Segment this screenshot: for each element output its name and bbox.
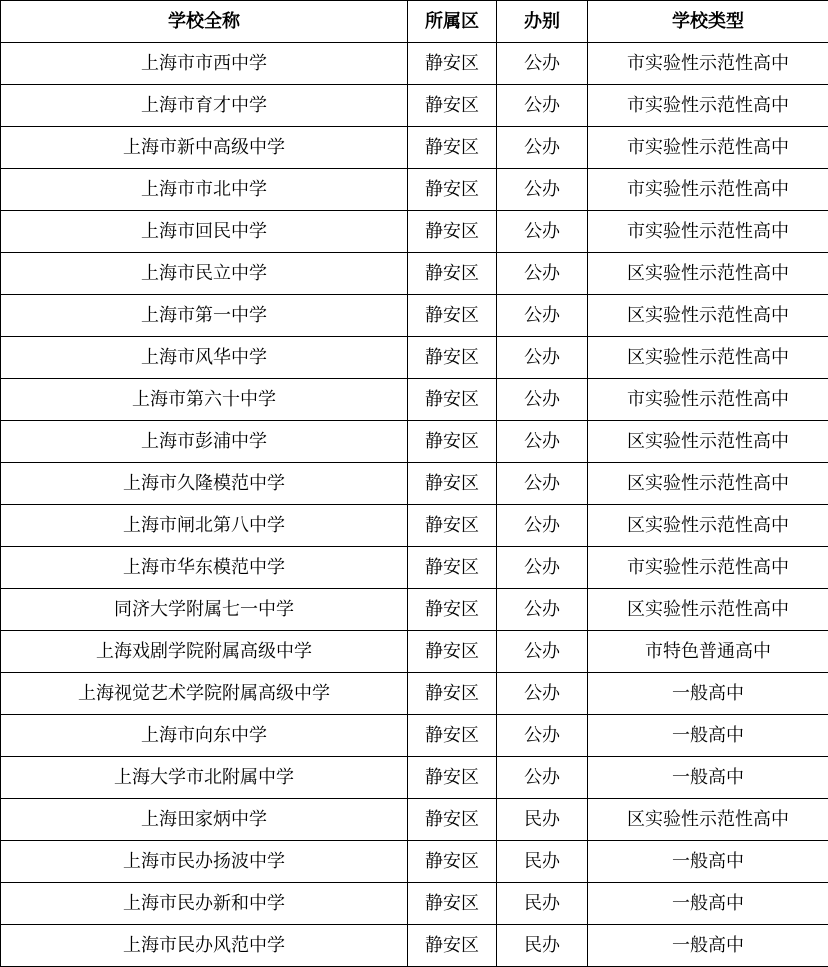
school-name-cell: 上海市回民中学 <box>1 211 408 253</box>
ownership-cell: 公办 <box>497 43 588 85</box>
table-row: 上海市第六十中学 静安区 公办 市实验性示范性高中 <box>1 379 828 421</box>
school-type-cell: 一般高中 <box>588 925 828 967</box>
school-name-cell: 上海市第六十中学 <box>1 379 408 421</box>
school-type-cell: 一般高中 <box>588 757 828 799</box>
table-row: 上海戏剧学院附属高级中学 静安区 公办 市特色普通高中 <box>1 631 828 673</box>
district-cell: 静安区 <box>408 799 497 841</box>
table-row: 上海市市西中学 静安区 公办 市实验性示范性高中 <box>1 43 828 85</box>
school-name-cell: 上海市第一中学 <box>1 295 408 337</box>
ownership-cell: 民办 <box>497 799 588 841</box>
district-cell: 静安区 <box>408 841 497 883</box>
ownership-cell: 公办 <box>497 715 588 757</box>
school-name-cell: 同济大学附属七一中学 <box>1 589 408 631</box>
district-cell: 静安区 <box>408 169 497 211</box>
school-name-cell: 上海市民办风范中学 <box>1 925 408 967</box>
school-type-cell: 市实验性示范性高中 <box>588 169 828 211</box>
school-name-cell: 上海市华东模范中学 <box>1 547 408 589</box>
ownership-cell: 民办 <box>497 841 588 883</box>
ownership-cell: 公办 <box>497 463 588 505</box>
ownership-cell: 公办 <box>497 589 588 631</box>
district-cell: 静安区 <box>408 673 497 715</box>
table-row: 上海市民办新和中学 静安区 民办 一般高中 <box>1 883 828 925</box>
table-row: 上海市第一中学 静安区 公办 区实验性示范性高中 <box>1 295 828 337</box>
table-row: 上海市闸北第八中学 静安区 公办 区实验性示范性高中 <box>1 505 828 547</box>
district-cell: 静安区 <box>408 547 497 589</box>
table-row: 上海市民立中学 静安区 公办 区实验性示范性高中 <box>1 253 828 295</box>
school-name-cell: 上海田家炳中学 <box>1 799 408 841</box>
ownership-cell: 公办 <box>497 631 588 673</box>
district-cell: 静安区 <box>408 883 497 925</box>
school-name-cell: 上海市育才中学 <box>1 85 408 127</box>
district-cell: 静安区 <box>408 379 497 421</box>
ownership-cell: 公办 <box>497 547 588 589</box>
table-row: 上海视觉艺术学院附属高级中学 静安区 公办 一般高中 <box>1 673 828 715</box>
table-row: 上海市育才中学 静安区 公办 市实验性示范性高中 <box>1 85 828 127</box>
school-name-cell: 上海市风华中学 <box>1 337 408 379</box>
school-name-cell: 上海市民办新和中学 <box>1 883 408 925</box>
table-row: 上海市新中高级中学 静安区 公办 市实验性示范性高中 <box>1 127 828 169</box>
ownership-cell: 公办 <box>497 379 588 421</box>
ownership-cell: 公办 <box>497 169 588 211</box>
table-row: 上海市风华中学 静安区 公办 区实验性示范性高中 <box>1 337 828 379</box>
district-cell: 静安区 <box>408 715 497 757</box>
table-row: 上海市彭浦中学 静安区 公办 区实验性示范性高中 <box>1 421 828 463</box>
table-row: 上海市久隆模范中学 静安区 公办 区实验性示范性高中 <box>1 463 828 505</box>
school-type-cell: 区实验性示范性高中 <box>588 463 828 505</box>
school-name-cell: 上海市民立中学 <box>1 253 408 295</box>
header-district: 所属区 <box>408 1 497 43</box>
table-row: 上海市民办风范中学 静安区 民办 一般高中 <box>1 925 828 967</box>
school-type-cell: 一般高中 <box>588 715 828 757</box>
district-cell: 静安区 <box>408 757 497 799</box>
district-cell: 静安区 <box>408 127 497 169</box>
ownership-cell: 公办 <box>497 505 588 547</box>
school-name-cell: 上海市民办扬波中学 <box>1 841 408 883</box>
table-row: 上海市市北中学 静安区 公办 市实验性示范性高中 <box>1 169 828 211</box>
ownership-cell: 公办 <box>497 421 588 463</box>
ownership-cell: 公办 <box>497 295 588 337</box>
school-type-cell: 一般高中 <box>588 841 828 883</box>
school-type-cell: 市实验性示范性高中 <box>588 43 828 85</box>
district-cell: 静安区 <box>408 631 497 673</box>
school-table: 学校全称 所属区 办别 学校类型 上海市市西中学 静安区 公办 市实验性示范性高… <box>0 0 828 967</box>
school-type-cell: 市实验性示范性高中 <box>588 547 828 589</box>
district-cell: 静安区 <box>408 337 497 379</box>
ownership-cell: 公办 <box>497 253 588 295</box>
ownership-cell: 民办 <box>497 883 588 925</box>
table-row: 上海田家炳中学 静安区 民办 区实验性示范性高中 <box>1 799 828 841</box>
district-cell: 静安区 <box>408 211 497 253</box>
school-type-cell: 区实验性示范性高中 <box>588 337 828 379</box>
school-name-cell: 上海市闸北第八中学 <box>1 505 408 547</box>
school-type-cell: 一般高中 <box>588 673 828 715</box>
header-school-name: 学校全称 <box>1 1 408 43</box>
district-cell: 静安区 <box>408 421 497 463</box>
table-row: 上海市回民中学 静安区 公办 市实验性示范性高中 <box>1 211 828 253</box>
table-row: 上海大学市北附属中学 静安区 公办 一般高中 <box>1 757 828 799</box>
school-type-cell: 区实验性示范性高中 <box>588 421 828 463</box>
school-name-cell: 上海大学市北附属中学 <box>1 757 408 799</box>
school-name-cell: 上海市市西中学 <box>1 43 408 85</box>
school-name-cell: 上海市彭浦中学 <box>1 421 408 463</box>
ownership-cell: 公办 <box>497 673 588 715</box>
ownership-cell: 公办 <box>497 211 588 253</box>
school-type-cell: 市实验性示范性高中 <box>588 379 828 421</box>
school-name-cell: 上海市市北中学 <box>1 169 408 211</box>
district-cell: 静安区 <box>408 85 497 127</box>
header-ownership: 办别 <box>497 1 588 43</box>
school-name-cell: 上海市向东中学 <box>1 715 408 757</box>
school-type-cell: 区实验性示范性高中 <box>588 589 828 631</box>
school-type-cell: 市特色普通高中 <box>588 631 828 673</box>
school-name-cell: 上海市新中高级中学 <box>1 127 408 169</box>
ownership-cell: 民办 <box>497 925 588 967</box>
school-name-cell: 上海市久隆模范中学 <box>1 463 408 505</box>
ownership-cell: 公办 <box>497 127 588 169</box>
district-cell: 静安区 <box>408 505 497 547</box>
district-cell: 静安区 <box>408 463 497 505</box>
district-cell: 静安区 <box>408 43 497 85</box>
header-school-type: 学校类型 <box>588 1 828 43</box>
school-type-cell: 一般高中 <box>588 883 828 925</box>
ownership-cell: 公办 <box>497 757 588 799</box>
district-cell: 静安区 <box>408 253 497 295</box>
school-type-cell: 区实验性示范性高中 <box>588 799 828 841</box>
ownership-cell: 公办 <box>497 337 588 379</box>
table-row: 上海市向东中学 静安区 公办 一般高中 <box>1 715 828 757</box>
table-header-row: 学校全称 所属区 办别 学校类型 <box>1 1 828 43</box>
school-type-cell: 区实验性示范性高中 <box>588 295 828 337</box>
school-type-cell: 市实验性示范性高中 <box>588 85 828 127</box>
table-row: 上海市民办扬波中学 静安区 民办 一般高中 <box>1 841 828 883</box>
table-row: 同济大学附属七一中学 静安区 公办 区实验性示范性高中 <box>1 589 828 631</box>
school-type-cell: 市实验性示范性高中 <box>588 211 828 253</box>
table-row: 上海市华东模范中学 静安区 公办 市实验性示范性高中 <box>1 547 828 589</box>
district-cell: 静安区 <box>408 925 497 967</box>
ownership-cell: 公办 <box>497 85 588 127</box>
school-name-cell: 上海戏剧学院附属高级中学 <box>1 631 408 673</box>
school-type-cell: 市实验性示范性高中 <box>588 127 828 169</box>
school-type-cell: 区实验性示范性高中 <box>588 505 828 547</box>
school-name-cell: 上海视觉艺术学院附属高级中学 <box>1 673 408 715</box>
district-cell: 静安区 <box>408 295 497 337</box>
school-type-cell: 区实验性示范性高中 <box>588 253 828 295</box>
district-cell: 静安区 <box>408 589 497 631</box>
